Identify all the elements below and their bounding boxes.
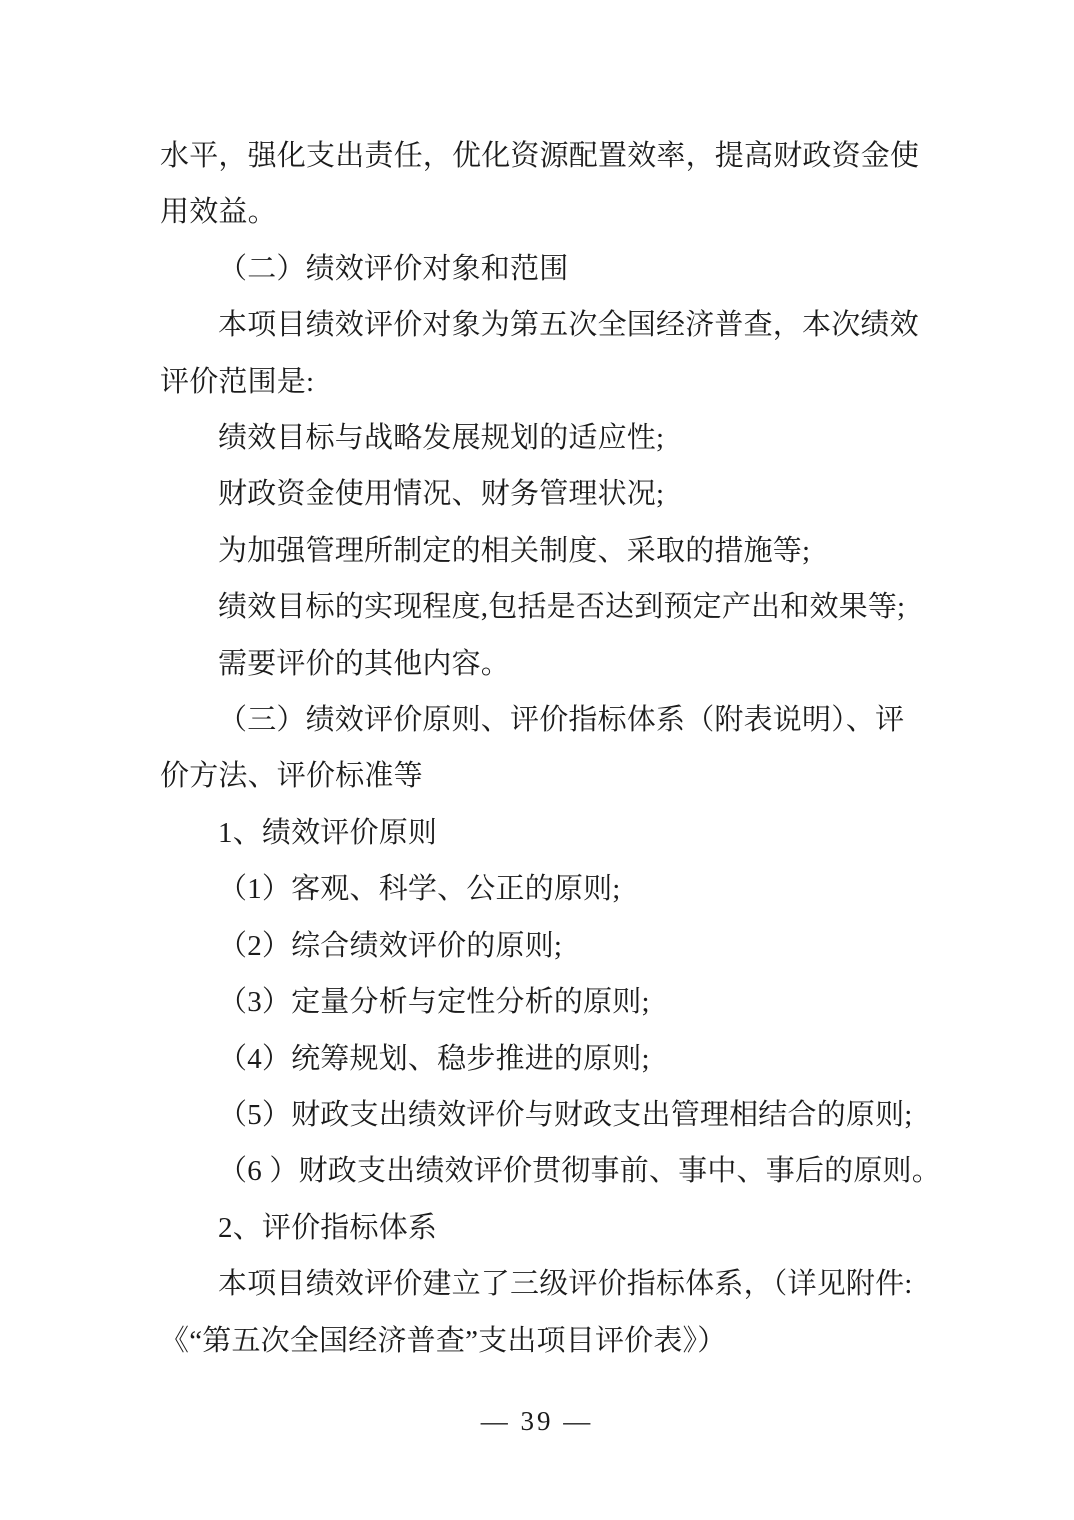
- text-line: 本项目绩效评价建立了三级评价指标体系，（详见附件:: [160, 1256, 914, 1312]
- text-line: 本项目绩效评价对象为第五次全国经济普查，本次绩效: [160, 297, 914, 353]
- text-line: 绩效目标的实现程度,包括是否达到预定产出和效果等;: [160, 579, 914, 635]
- text-line: （三）绩效评价原则、评价指标体系（附表说明）、评: [160, 692, 914, 748]
- text-line: 财政资金使用情况、财务管理状况;: [160, 466, 914, 522]
- text-line: （6 ）财政支出绩效评价贯彻事前、事中、事后的原则。: [160, 1143, 914, 1199]
- page-number: — 39 —: [0, 1406, 1074, 1437]
- document-page: 水平，强化支出责任，优化资源配置效率，提高财政资金使用效益。（二）绩效评价对象和…: [0, 0, 1074, 1520]
- text-line: （4）统筹规划、稳步推进的原则;: [160, 1031, 914, 1087]
- text-line: 为加强管理所制定的相关制度、采取的措施等;: [160, 523, 914, 579]
- text-line: 绩效目标与战略发展规划的适应性;: [160, 410, 914, 466]
- text-line: （5）财政支出绩效评价与财政支出管理相结合的原则;: [160, 1087, 914, 1143]
- text-line: 水平，强化支出责任，优化资源配置效率，提高财政资金使: [160, 128, 914, 184]
- text-line: （1）客观、科学、公正的原则;: [160, 861, 914, 917]
- text-line: （二）绩效评价对象和范围: [160, 241, 914, 297]
- text-line: 1、绩效评价原则: [160, 805, 914, 861]
- text-line: 用效益。: [160, 184, 914, 240]
- text-line: 评价范围是:: [160, 354, 914, 410]
- text-line: 《“第五次全国经济普查”支出项目评价表》）: [160, 1313, 914, 1369]
- text-line: （3）定量分析与定性分析的原则;: [160, 974, 914, 1030]
- text-line: （2）综合绩效评价的原则;: [160, 918, 914, 974]
- text-line: 需要评价的其他内容。: [160, 636, 914, 692]
- text-line: 2、评价指标体系: [160, 1200, 914, 1256]
- text-line: 价方法、评价标准等: [160, 748, 914, 804]
- document-body: 水平，强化支出责任，优化资源配置效率，提高财政资金使用效益。（二）绩效评价对象和…: [160, 128, 914, 1369]
